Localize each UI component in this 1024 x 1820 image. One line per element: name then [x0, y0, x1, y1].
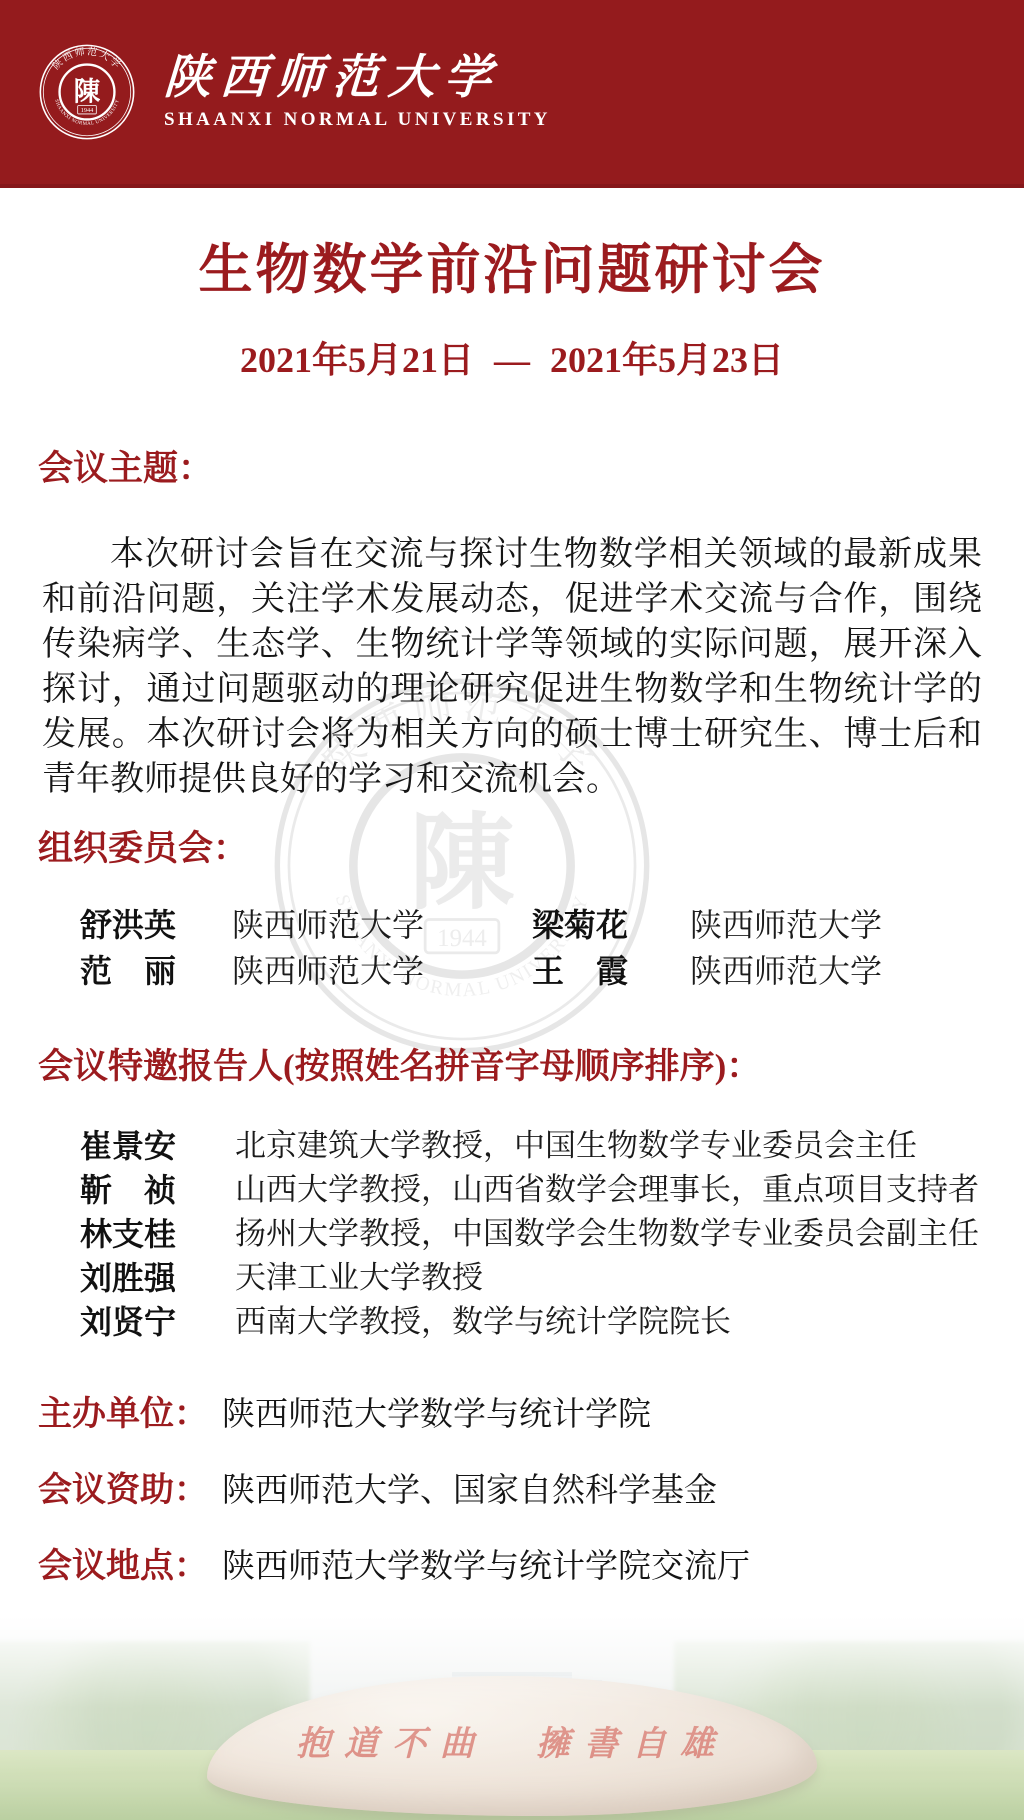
info-value: 陕西师范大学、国家自然科学基金 [222, 1473, 717, 1509]
speakers-heading: 会议特邀报告人(按照姓名拼音字母顺序排序)： [38, 1044, 1024, 1090]
speaker-name: 刘胜强 [80, 1256, 235, 1300]
date-start: 2021年5月21日 [240, 340, 474, 380]
speaker-row: 刘贤宁 西南大学教授，数学与统计学院院长 [80, 1300, 994, 1344]
seal-year: 1944 [81, 107, 94, 114]
speaker-row: 靳 祯 山西大学教授，山西省数学会理事长，重点项目支持者 [80, 1168, 994, 1212]
info-row: 会议地点：陕西师范大学数学与统计学院交流厅 [38, 1544, 994, 1596]
campus-photo: 抱道不曲 擁書自雄 [0, 1615, 1024, 1820]
info-label: 主办单位： [38, 1396, 208, 1433]
conference-title: 生物数学前沿问题研讨会 [0, 238, 1024, 302]
seal-center-glyph: 陳 [74, 76, 101, 106]
committee-member-affiliation: 陕西师范大学 [232, 950, 532, 992]
info-value: 陕西师范大学数学与统计学院 [222, 1397, 651, 1433]
info-row: 会议资助：陕西师范大学、国家自然科学基金 [38, 1468, 994, 1520]
speakers-list: 崔景安 北京建筑大学教授，中国生物数学专业委员会主任 靳 祯 山西大学教授，山西… [80, 1124, 994, 1344]
committee-member-affiliation: 陕西师范大学 [690, 904, 994, 946]
speaker-name: 崔景安 [80, 1124, 235, 1168]
stone-inscription: 抱道不曲 擁書自雄 [207, 1676, 817, 1765]
committee-member-name: 舒洪英 [80, 904, 232, 946]
speaker-description: 天津工业大学教授 [235, 1256, 994, 1300]
university-name-en: SHAANXI NORMAL UNIVERSITY [164, 109, 551, 131]
speaker-description: 西南大学教授，数学与统计学院院长 [235, 1300, 994, 1344]
info-value: 陕西师范大学数学与统计学院交流厅 [222, 1549, 750, 1585]
speaker-row: 崔景安 北京建筑大学教授，中国生物数学专业委员会主任 [80, 1124, 994, 1168]
poster-body: 生物数学前沿问题研讨会 2021年5月21日—2021年5月23日 会议主题： … [0, 238, 1024, 1672]
info-row: 主办单位：陕西师范大学数学与统计学院 [38, 1392, 994, 1444]
conference-dates: 2021年5月21日—2021年5月23日 [0, 336, 1024, 384]
motto-stone: 抱道不曲 擁書自雄 [207, 1676, 817, 1816]
date-separator: — [474, 340, 550, 380]
committee-member-name: 王 霞 [532, 950, 690, 992]
speaker-description: 扬州大学教授，中国数学会生物数学专业委员会副主任 [235, 1212, 994, 1256]
info-label: 会议资助： [38, 1472, 208, 1509]
committee-member-affiliation: 陕西师范大学 [232, 904, 532, 946]
theme-heading: 会议主题： [38, 446, 1024, 492]
speaker-description: 北京建筑大学教授，中国生物数学专业委员会主任 [235, 1124, 994, 1168]
speaker-row: 林支桂 扬州大学教授，中国数学会生物数学专业委员会副主任 [80, 1212, 994, 1256]
university-banner: 陕西师范大学 SHAANXI NORMAL UNIVERSITY 陳 1944 … [0, 0, 1024, 188]
university-seal-icon: 陕西师范大学 SHAANXI NORMAL UNIVERSITY 陳 1944 [38, 43, 136, 141]
speaker-name: 刘贤宁 [80, 1300, 235, 1344]
date-end: 2021年5月23日 [550, 340, 784, 380]
university-name-cn: 陕西师范大学 [163, 53, 553, 105]
speaker-description: 山西大学教授，山西省数学会理事长，重点项目支持者 [235, 1168, 994, 1212]
committee-heading: 组织委员会： [38, 826, 1024, 872]
info-label: 会议地点： [38, 1548, 208, 1585]
speaker-name: 靳 祯 [80, 1168, 235, 1212]
speaker-name: 林支桂 [80, 1212, 235, 1256]
speaker-row: 刘胜强 天津工业大学教授 [80, 1256, 994, 1300]
committee-member-name: 梁菊花 [532, 904, 690, 946]
theme-paragraph: 本次研讨会旨在交流与探讨生物数学相关领域的最新成果和前沿问题，关注学术发展动态，… [42, 532, 982, 802]
committee-list: 舒洪英 陕西师范大学 梁菊花 陕西师范大学 范 丽 陕西师范大学 王 霞 陕西师… [80, 904, 994, 992]
committee-member-name: 范 丽 [80, 950, 232, 992]
committee-member-affiliation: 陕西师范大学 [690, 950, 994, 992]
conference-poster: 陕西师范大学 SHAANXI NORMAL UNIVERSITY 陳 1944 … [0, 0, 1024, 1820]
